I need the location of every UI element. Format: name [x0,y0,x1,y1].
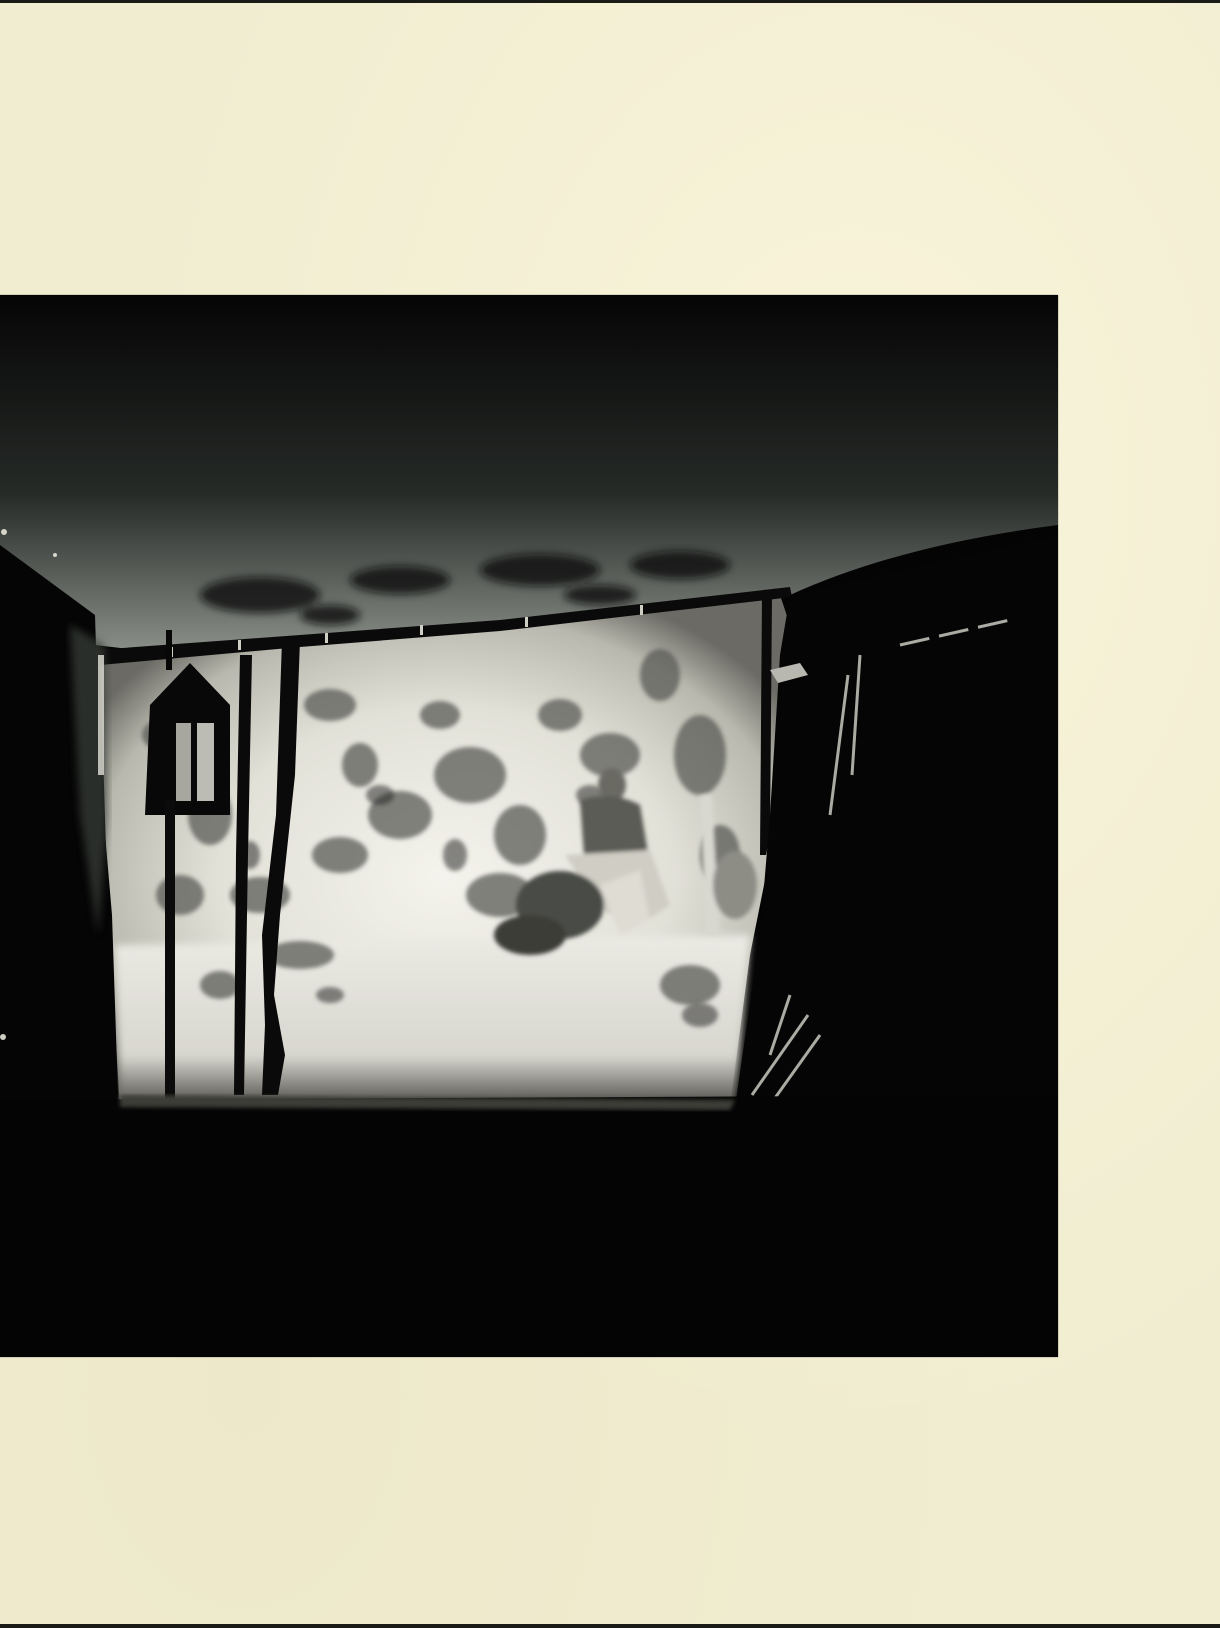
photo-scene [0,295,1058,1357]
photograph-print [0,295,1058,1357]
tent-floor [0,1095,1058,1357]
scan-edge-top [0,0,1220,3]
scan-edge-bottom [0,1624,1220,1628]
